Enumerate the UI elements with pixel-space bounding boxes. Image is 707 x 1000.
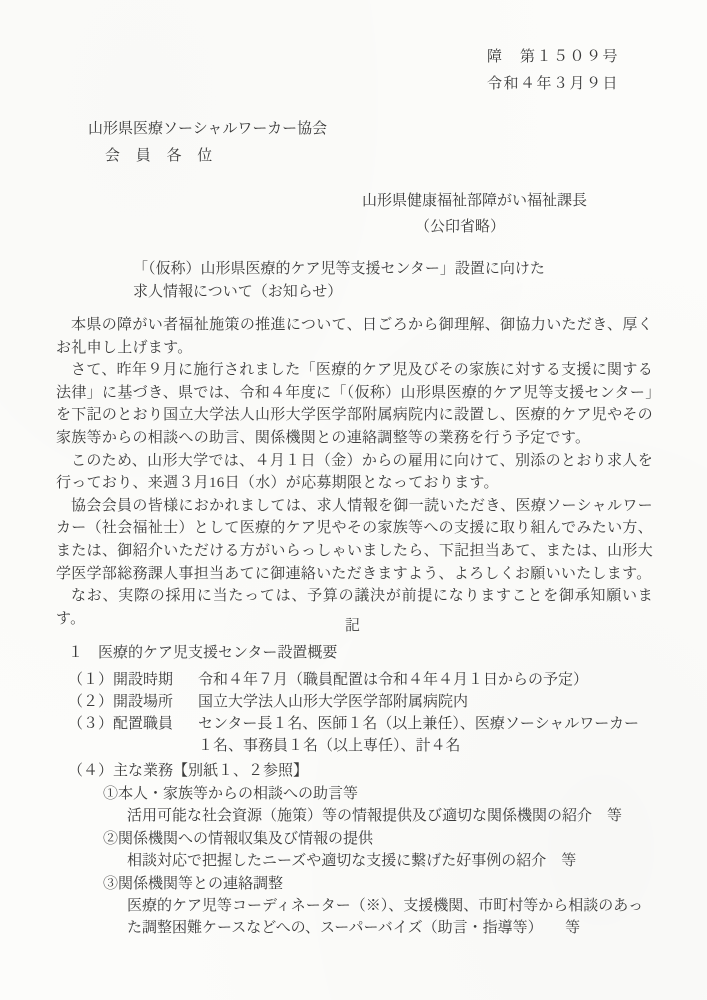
body-paragraph: 協会会員の皆様におかれましては、求人情報を御一読いただき、医療ソーシャルワーカー… [56, 495, 653, 585]
subject-block: 「（仮称）山形県医療的ケア児等支援センター」設置に向けた 求人情報について（お知… [133, 258, 545, 303]
record-marker: 記 [0, 614, 707, 635]
outline-item-main-duties: （４）主な業務【別紙１、２参照】 [68, 760, 653, 782]
subject-line-2: 求人情報について（お知らせ） [133, 281, 545, 304]
duty-title: ②関係機関への情報収集及び情報の提供 [103, 828, 653, 850]
duty-item: ①本人・家族等からの相談への助言等 活用可能な社会資源（施策）等の情報提供及び適… [68, 783, 653, 827]
letter-body: 本県の障がい者福祉施策の推進について、日ごろから御理解、御協力いただき、厚くお礼… [56, 314, 653, 630]
outline-item: （１）開設時期 令和４年７月（職員配置は令和４年４月１日からの予定） [68, 669, 653, 691]
duty-detail: 相談対応で把握したニーズや適切な支援に繋げた好事例の紹介 等 [127, 850, 652, 872]
recipient-organization: 山形県医療ソーシャルワーカー協会 [88, 116, 327, 143]
scanned-letter-page: 障 第１５０９号 令和４年３月９日 山形県医療ソーシャルワーカー協会 会 員 各… [0, 0, 707, 1000]
outline-item-value: 国立大学法人山形大学医学部附属病院内 [198, 691, 653, 713]
outline-item: （３）配置職員 センター長１名、医師１名（以上兼任）、医療ソーシャルワーカー１名… [68, 713, 653, 757]
document-meta: 障 第１５０９号 令和４年３月９日 [487, 44, 619, 98]
recipient-salutation: 会 員 各 位 [105, 143, 327, 170]
seal-omitted-note: （公印省略） [415, 214, 587, 240]
body-paragraph: 本県の障がい者福祉施策の推進について、日ごろから御理解、御協力いただき、厚くお礼… [56, 314, 653, 359]
duty-item: ③関係機関等との連絡調整 医療的ケア児等コーディネーター（※）、支援機関、市町村… [68, 873, 653, 939]
body-paragraph: さて、昨年９月に施行されました「医療的ケア児及びその家族に対する支援に関する法律… [56, 359, 653, 449]
duty-detail: 活用可能な社会資源（施策）等の情報提供及び適切な関係機関の紹介 等 [127, 805, 652, 827]
section-heading: １ 医療的ケア児支援センター設置概要 [68, 642, 653, 664]
outline-item-label: （３）配置職員 [68, 713, 198, 735]
outline-item-label: （２）開設場所 [68, 691, 198, 713]
recipient-block: 山形県医療ソーシャルワーカー協会 会 員 各 位 [88, 116, 327, 170]
document-number: 障 第１５０９号 [487, 44, 619, 71]
sender-block: 山形県健康福祉部障がい福祉課長 （公印省略） [362, 188, 587, 240]
outline-item: （２）開設場所 国立大学法人山形大学医学部附属病院内 [68, 691, 653, 713]
duty-title: ①本人・家族等からの相談への助言等 [103, 783, 653, 805]
document-date: 令和４年３月９日 [487, 71, 619, 98]
outline-section: １ 医療的ケア児支援センター設置概要 （１）開設時期 令和４年７月（職員配置は令… [68, 642, 653, 939]
duty-item: ②関係機関への情報収集及び情報の提供 相談対応で把握したニーズや適切な支援に繋げ… [68, 828, 653, 872]
duty-detail: 医療的ケア児等コーディネーター（※）、支援機関、市町村等から相談のあった調整困難… [127, 895, 652, 939]
outline-item-label: （１）開設時期 [68, 669, 198, 691]
outline-item-value: 令和４年７月（職員配置は令和４年４月１日からの予定） [198, 669, 653, 691]
outline-item-value: センター長１名、医師１名（以上兼任）、医療ソーシャルワーカー１名、事務員１名（以… [198, 713, 653, 757]
body-paragraph: このため、山形大学では、４月１日（金）からの雇用に向けて、別添のとおり求人を行っ… [56, 450, 653, 495]
sender-title: 山形県健康福祉部障がい福祉課長 [362, 188, 587, 214]
duty-title: ③関係機関等との連絡調整 [103, 873, 653, 895]
subject-line-1: 「（仮称）山形県医療的ケア児等支援センター」設置に向けた [133, 258, 545, 281]
